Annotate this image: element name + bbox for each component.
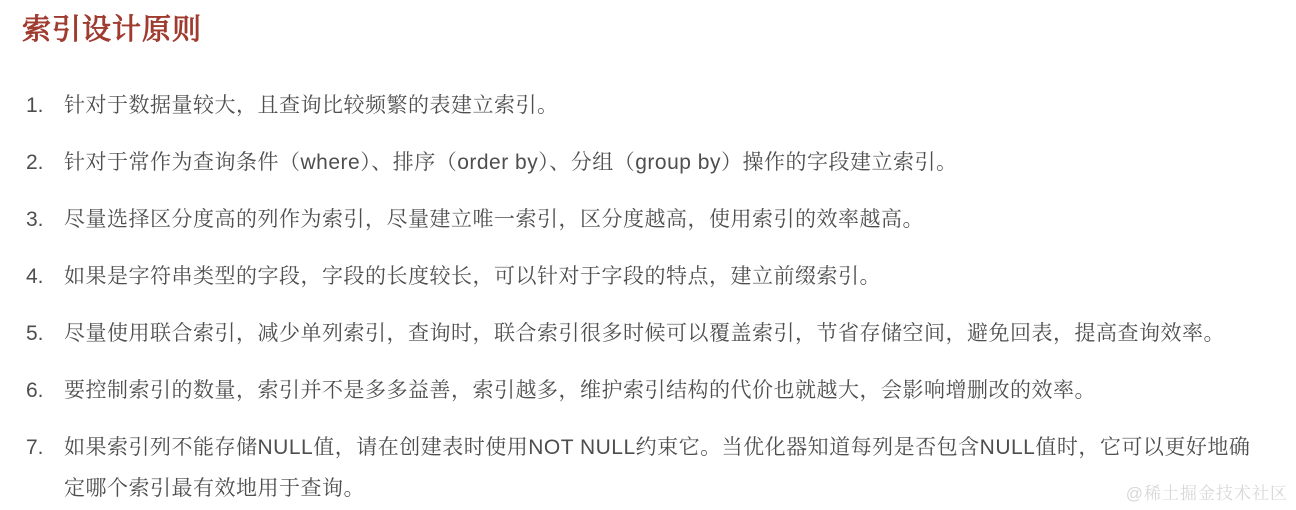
watermark: @稀土掘金技术社区 xyxy=(1126,479,1288,504)
list-item: 3. 尽量选择区分度高的列作为索引，尽量建立唯一索引，区分度越高，使用索引的效率… xyxy=(0,199,1268,240)
list-item: 5. 尽量使用联合索引，减少单列索引，查询时，联合索引很多时候可以覆盖索引，节省… xyxy=(0,313,1268,354)
list-item-number: 7. xyxy=(0,427,64,468)
list-item-number: 2. xyxy=(0,142,64,183)
document-page: 索引设计原则 1. 针对于数据量较大，且查询比较频繁的表建立索引。 2. 针对于… xyxy=(0,0,1296,510)
list-item-text: 如果是字符串类型的字段，字段的长度较长，可以针对于字段的特点，建立前缀索引。 xyxy=(64,256,1268,297)
list-item-text: 要控制索引的数量，索引并不是多多益善，索引越多，维护索引结构的代价也就越大，会影… xyxy=(64,370,1268,411)
list-item: 4. 如果是字符串类型的字段，字段的长度较长，可以针对于字段的特点，建立前缀索引… xyxy=(0,256,1268,297)
list-item-number: 4. xyxy=(0,256,64,297)
list-item-number: 1. xyxy=(0,85,64,126)
list-item-text: 针对于常作为查询条件（where）、排序（order by）、分组（group … xyxy=(64,142,1268,183)
page-title: 索引设计原则 xyxy=(0,0,1296,47)
list-item: 6. 要控制索引的数量，索引并不是多多益善，索引越多，维护索引结构的代价也就越大… xyxy=(0,370,1268,411)
list-item: 1. 针对于数据量较大，且查询比较频繁的表建立索引。 xyxy=(0,85,1268,126)
list-item: 7. 如果索引列不能存储NULL值，请在创建表时使用NOT NULL约束它。当优… xyxy=(0,427,1268,509)
principles-list: 1. 针对于数据量较大，且查询比较频繁的表建立索引。 2. 针对于常作为查询条件… xyxy=(0,85,1296,509)
list-item-text: 如果索引列不能存储NULL值，请在创建表时使用NOT NULL约束它。当优化器知… xyxy=(64,427,1268,509)
list-item-number: 5. xyxy=(0,313,64,354)
list-item-number: 6. xyxy=(0,370,64,411)
list-item-text: 尽量选择区分度高的列作为索引，尽量建立唯一索引，区分度越高，使用索引的效率越高。 xyxy=(64,199,1268,240)
list-item-text: 尽量使用联合索引，减少单列索引，查询时，联合索引很多时候可以覆盖索引，节省存储空… xyxy=(64,313,1268,354)
list-item-text: 针对于数据量较大，且查询比较频繁的表建立索引。 xyxy=(64,85,1268,126)
list-item-number: 3. xyxy=(0,199,64,240)
list-item: 2. 针对于常作为查询条件（where）、排序（order by）、分组（gro… xyxy=(0,142,1268,183)
